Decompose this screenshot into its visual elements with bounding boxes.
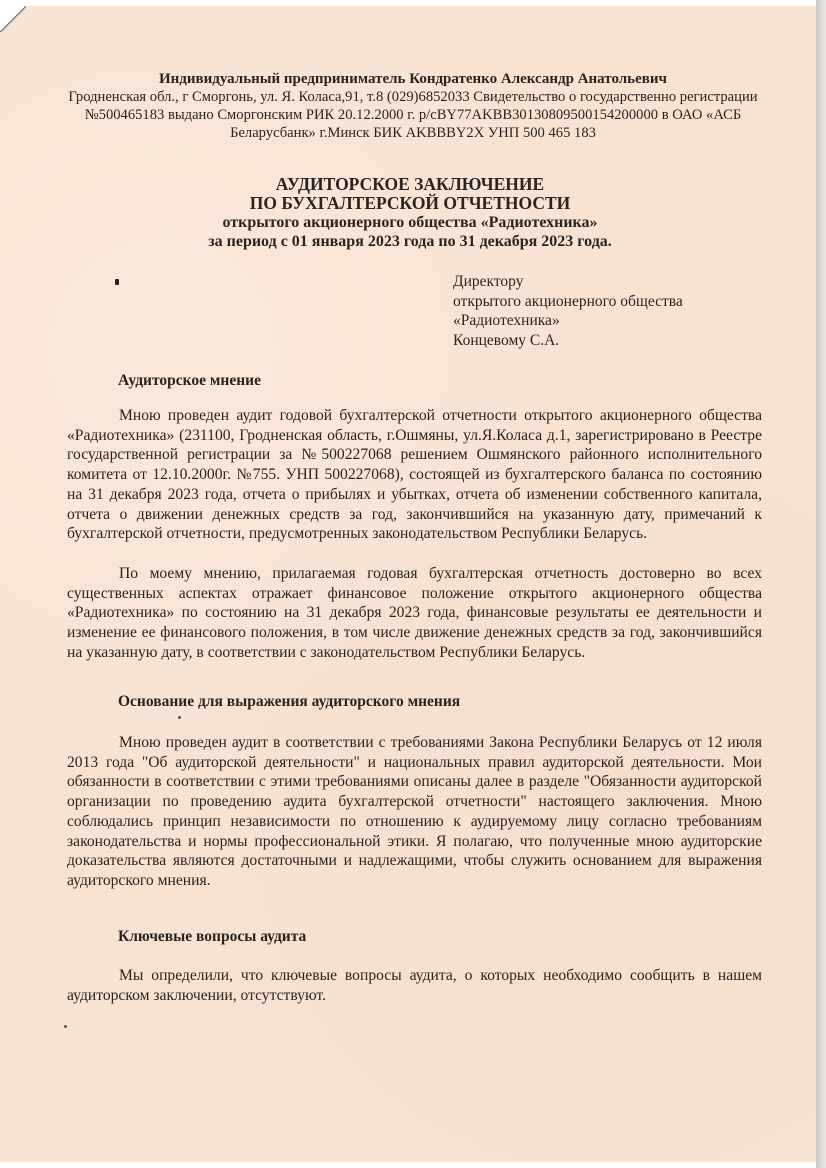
addressee-line-2: открытого акционерного общества [453, 292, 683, 312]
document-title: АУДИТОРСКОЕ ЗАКЛЮЧЕНИЕ ПО БУХГАЛТЕРСКОЙ … [160, 175, 660, 251]
scan-speck [178, 716, 181, 719]
entrepreneur-name: Индивидуальный предприниматель Кондратен… [60, 70, 766, 88]
stray-ink-mark [115, 279, 119, 285]
key-matters-paragraph-1: Мы определили, что ключевые вопросы ауди… [67, 966, 762, 1005]
addressee-block: Директору открытого акционерного обществ… [453, 272, 683, 350]
folded-corner [0, 6, 26, 32]
section-heading-opinion: Аудиторское мнение [118, 372, 261, 390]
title-line-2: ПО БУХГАЛТЕРСКОЙ ОТЧЕТНОСТИ [160, 194, 660, 213]
opinion-paragraph-1: Мною проведен аудит годовой бухгалтерско… [67, 406, 762, 544]
scanned-page: Индивидуальный предприниматель Кондратен… [0, 0, 826, 1168]
addressee-line-4: Концевому С.А. [453, 331, 683, 351]
section-heading-basis: Основание для выражения аудиторского мне… [118, 693, 460, 711]
letterhead-address-line-1: Гродненская обл., г Сморгонь, ул. Я. Кол… [60, 88, 766, 106]
section-heading-key-matters: Ключевые вопросы аудита [118, 928, 306, 946]
basis-paragraph-1: Мною проведен аудит в соответствии с тре… [67, 733, 762, 891]
scan-speck [64, 1025, 67, 1028]
title-line-3: открытого акционерного общества «Радиоте… [160, 213, 660, 232]
scan-edge-shadow [816, 0, 826, 1168]
letterhead-address-line-2: №500465183 выдано Сморгонским РИК 20.12.… [60, 106, 766, 124]
opinion-paragraph-2: По моему мнению, прилагаемая годовая бух… [67, 564, 762, 663]
letterhead-address-line-3: Беларусбанк» г.Минск БИК AKBBBY2X УНП 50… [60, 124, 766, 142]
title-line-1: АУДИТОРСКОЕ ЗАКЛЮЧЕНИЕ [160, 175, 660, 194]
addressee-line-1: Директору [453, 272, 683, 292]
letterhead: Индивидуальный предприниматель Кондратен… [60, 70, 766, 142]
addressee-line-3: «Радиотехника» [453, 311, 683, 331]
title-line-4: за период с 01 января 2023 года по 31 де… [160, 232, 660, 251]
